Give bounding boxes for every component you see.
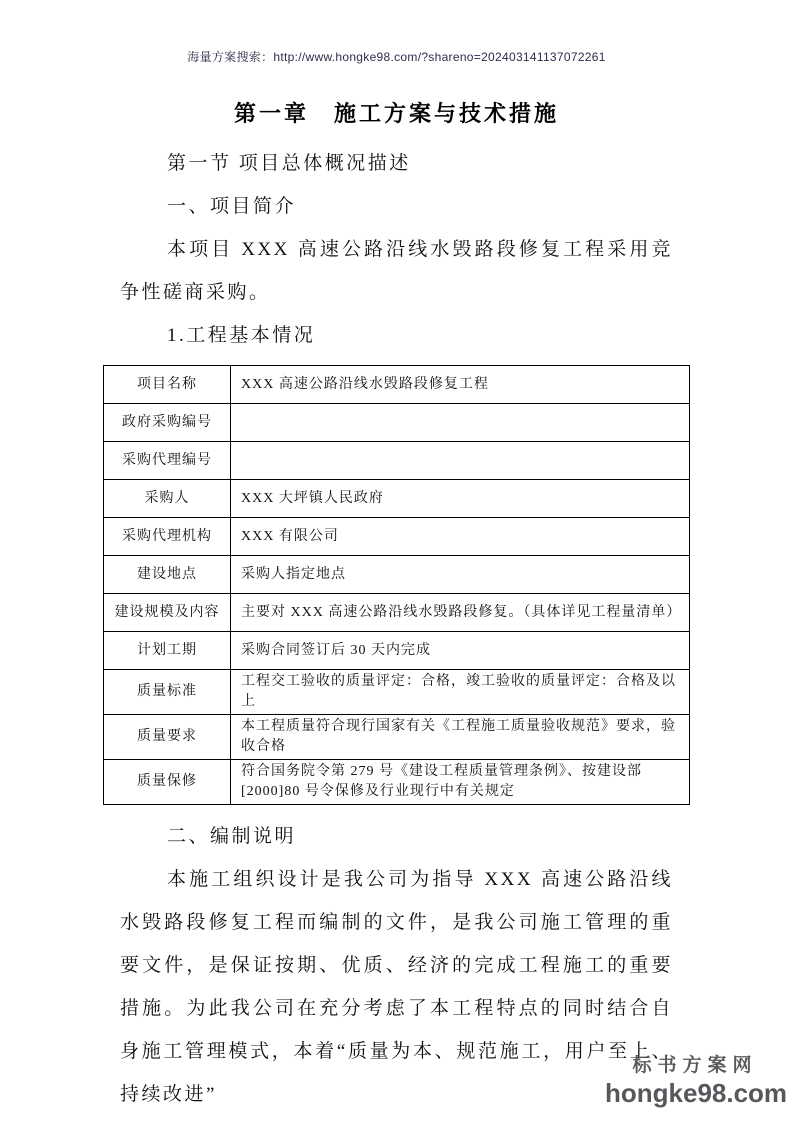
row-label: 建设规模及内容 (104, 594, 231, 632)
row-value: XXX 大坪镇人民政府 (231, 480, 690, 518)
row-label: 采购代理编号 (104, 442, 231, 480)
table-row: 采购代理机构 XXX 有限公司 (104, 518, 690, 556)
row-value: 本工程质量符合现行国家有关《工程施工质量验收规范》要求，验收合格 (231, 715, 690, 760)
document-page: 海量方案搜索：http://www.hongke98.com/?shareno=… (0, 0, 793, 1122)
row-value: 采购合同签订后 30 天内完成 (231, 632, 690, 670)
table-row: 质量标准 工程交工验收的质量评定：合格，竣工验收的质量评定：合格及以上 (104, 670, 690, 715)
sub-heading-basic-info: 1.工程基本情况 (120, 314, 673, 357)
page-number: 1 (0, 1038, 793, 1052)
content-block-bottom: 二、编制说明 本施工组织设计是我公司为指导 XXX 高速公路沿线水毁路段修复工程… (120, 815, 673, 1116)
site-logo: 标书方案网 hongke98.com (605, 1056, 785, 1107)
row-value: 工程交工验收的质量评定：合格，竣工验收的质量评定：合格及以上 (231, 670, 690, 715)
row-value: XXX 高速公路沿线水毁路段修复工程 (231, 366, 690, 404)
section-heading: 第一节 项目总体概况描述 (120, 142, 673, 185)
row-value: 符合国务院令第 279 号《建设工程质量管理条例》、按建设部[2000]80 号… (231, 760, 690, 805)
search-label: 海量方案搜索： (187, 50, 273, 64)
row-label: 项目名称 (104, 366, 231, 404)
row-value (231, 404, 690, 442)
site-logo-chinese: 标书方案网 (605, 1056, 785, 1077)
row-value (231, 442, 690, 480)
table-row: 采购代理编号 (104, 442, 690, 480)
sub-heading-compilation-notes: 二、编制说明 (120, 815, 673, 858)
row-label: 质量标准 (104, 670, 231, 715)
row-label: 政府采购编号 (104, 404, 231, 442)
table-wrapper: 项目名称 XXX 高速公路沿线水毁路段修复工程 政府采购编号 采购代理编号 采购… (120, 365, 673, 805)
row-label: 建设地点 (104, 556, 231, 594)
chapter-title: 第一章 施工方案与技术措施 (0, 97, 793, 128)
paragraph-project-intro: 本项目 XXX 高速公路沿线水毁路段修复工程采用竞争性磋商采购。 (120, 228, 673, 314)
table-row: 建设规模及内容 主要对 XXX 高速公路沿线水毁路段修复。（具体详见工程量清单） (104, 594, 690, 632)
table-row: 建设地点 采购人指定地点 (104, 556, 690, 594)
paragraph-compilation-notes: 本施工组织设计是我公司为指导 XXX 高速公路沿线水毁路段修复工程而编制的文件，… (120, 858, 673, 1116)
row-label: 计划工期 (104, 632, 231, 670)
row-label: 采购人 (104, 480, 231, 518)
table-row: 采购人 XXX 大坪镇人民政府 (104, 480, 690, 518)
table-row: 质量要求 本工程质量符合现行国家有关《工程施工质量验收规范》要求，验收合格 (104, 715, 690, 760)
row-label: 质量要求 (104, 715, 231, 760)
table-row: 质量保修 符合国务院令第 279 号《建设工程质量管理条例》、按建设部[2000… (104, 760, 690, 805)
table-row: 项目名称 XXX 高速公路沿线水毁路段修复工程 (104, 366, 690, 404)
sub-heading-project-intro: 一、项目简介 (120, 185, 673, 228)
row-value: XXX 有限公司 (231, 518, 690, 556)
project-info-table: 项目名称 XXX 高速公路沿线水毁路段修复工程 政府采购编号 采购代理编号 采购… (103, 365, 690, 805)
row-label: 采购代理机构 (104, 518, 231, 556)
search-url-link[interactable]: http://www.hongke98.com/?shareno=2024031… (273, 50, 605, 64)
content-block-top: 第一节 项目总体概况描述 一、项目简介 本项目 XXX 高速公路沿线水毁路段修复… (120, 142, 673, 357)
row-value: 采购人指定地点 (231, 556, 690, 594)
table-row: 计划工期 采购合同签订后 30 天内完成 (104, 632, 690, 670)
row-value: 主要对 XXX 高速公路沿线水毁路段修复。（具体详见工程量清单） (231, 594, 690, 632)
row-label: 质量保修 (104, 760, 231, 805)
header-search-line: 海量方案搜索：http://www.hongke98.com/?shareno=… (0, 0, 793, 65)
table-row: 政府采购编号 (104, 404, 690, 442)
site-logo-domain: hongke98.com (605, 1079, 785, 1108)
